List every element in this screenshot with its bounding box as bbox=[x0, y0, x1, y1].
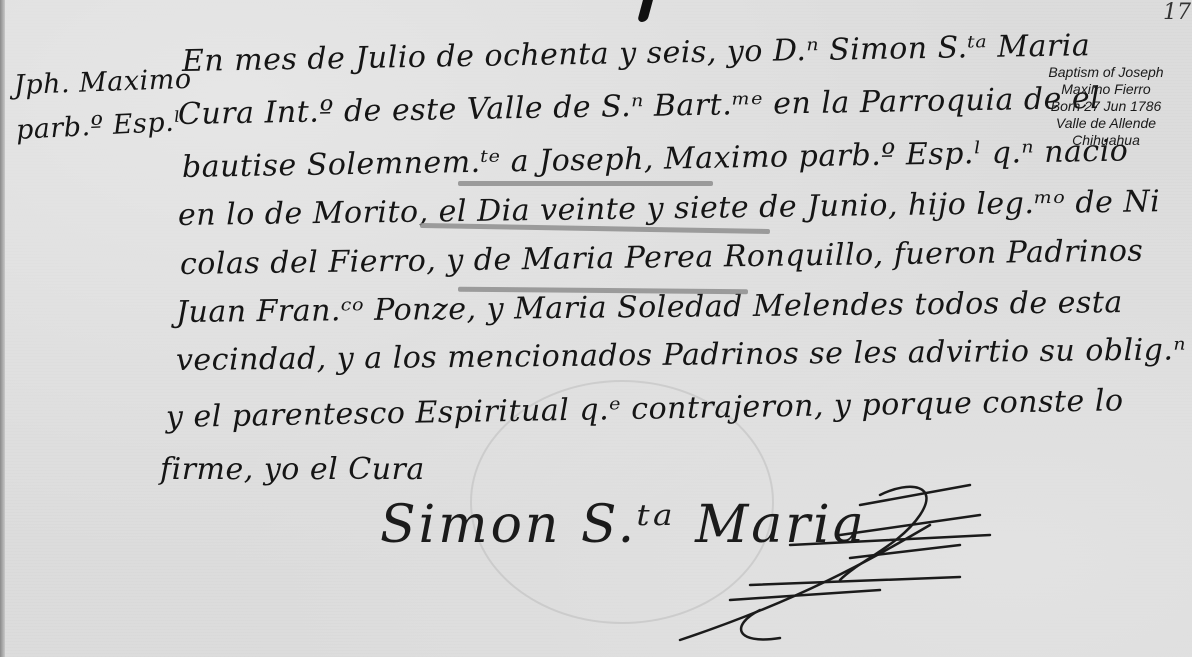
record-line-9: firme, yo el Cura bbox=[160, 452, 425, 487]
signature-rubric-flourish bbox=[640, 440, 1020, 650]
ink-mark bbox=[637, 0, 653, 22]
typed-annotation: Baptism of Joseph Maximo Fierro Born 27 … bbox=[1022, 64, 1190, 149]
record-line-7: vecindad, y a los mencionados Padrinos s… bbox=[176, 332, 1186, 378]
annotation-line-2: Maximo Fierro bbox=[1022, 81, 1190, 98]
annotation-line-3: Born 27 Jun 1786 bbox=[1022, 98, 1190, 115]
document-page: 17 Jph. Maximo parb.º Esp.ˡ En mes de Ju… bbox=[0, 0, 1192, 657]
annotation-line-5: Chihuahua bbox=[1022, 132, 1190, 149]
record-line-4: en lo de Morito, el Dia veinte y siete d… bbox=[178, 184, 1161, 233]
margin-note-name: Jph. Maximo bbox=[13, 64, 192, 101]
annotation-line-1: Baptism of Joseph bbox=[1022, 64, 1190, 81]
underline-joseph-maximo bbox=[458, 181, 713, 186]
page-binding-edge bbox=[0, 0, 5, 657]
record-line-3: bautise Solemnem.ᵗᵉ a Joseph, Maximo par… bbox=[182, 133, 1129, 185]
record-line-2: Cura Int.º de este Valle de S.ⁿ Bart.ᵐᵉ … bbox=[178, 81, 1101, 132]
margin-note-status: parb.º Esp.ˡ bbox=[15, 106, 182, 146]
page-number-mark: 17 bbox=[1163, 0, 1191, 25]
annotation-line-4: Valle de Allende bbox=[1022, 115, 1190, 132]
record-line-5: colas del Fierro, y de Maria Perea Ronqu… bbox=[180, 234, 1144, 282]
record-line-1: En mes de Julio de ochenta y seis, yo D.… bbox=[182, 28, 1091, 79]
